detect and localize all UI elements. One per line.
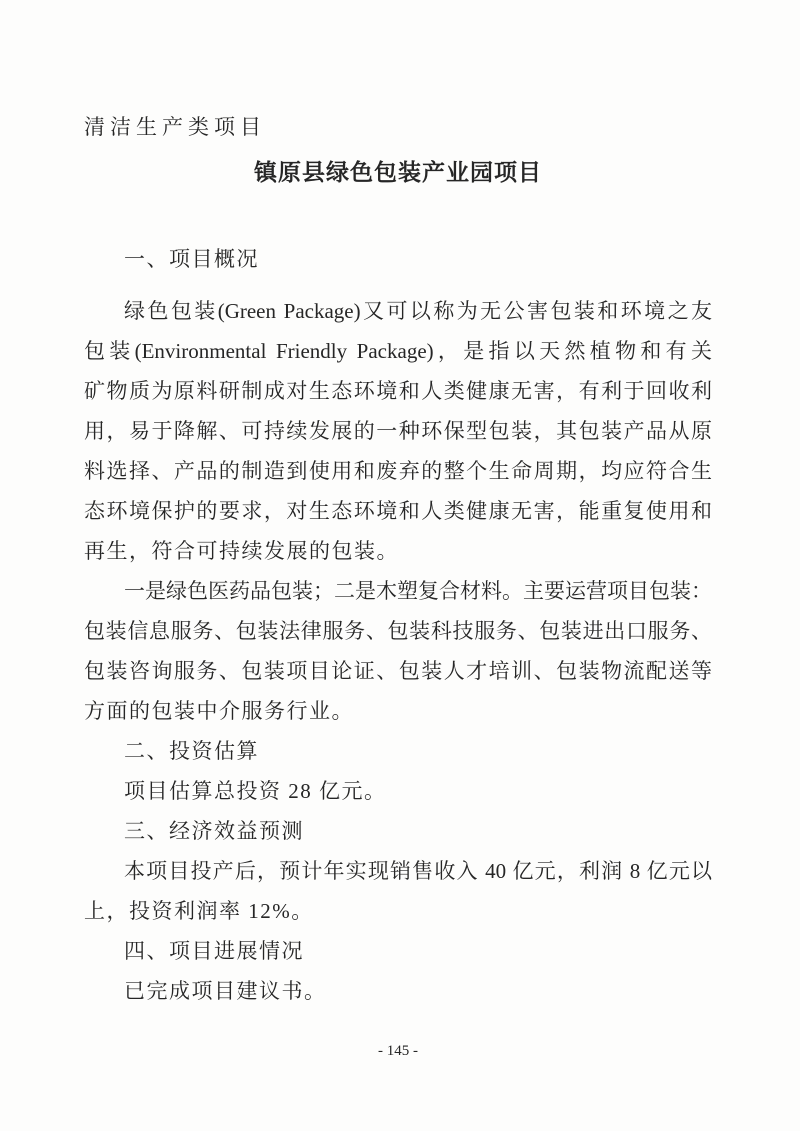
paragraph-line: 已完成项目建议书。 xyxy=(84,971,712,1011)
document-body: 一、项目概况 绿色包装(Green Package)又可以称为无公害包装和环境之… xyxy=(84,239,712,1011)
paragraph-line: 包装信息服务、包装法律服务、包装科技服务、包装进出口服务、 xyxy=(84,611,712,651)
paragraph-line: 本项目投产后，预计年实现销售收入 40 亿元，利润 8 亿元以 xyxy=(84,851,712,891)
paragraph-line: 一是绿色医药品包装；二是木塑复合材料。主要运营项目包装： xyxy=(84,571,712,611)
paragraph-line: 绿色包装(Green Package)又可以称为无公害包装和环境之友 xyxy=(84,291,712,331)
paragraph-line: 包装咨询服务、包装项目论证、包装人才培训、包装物流配送等 xyxy=(84,651,712,691)
category-label: 清洁生产类项目 xyxy=(84,107,712,147)
section-heading-2: 二、投资估算 xyxy=(84,731,712,771)
paragraph-line: 料选择、产品的制造到使用和废弃的整个生命周期，均应符合生 xyxy=(84,451,712,491)
paragraph-line: 项目估算总投资 28 亿元。 xyxy=(84,771,712,811)
paragraph-line: 再生，符合可持续发展的包装。 xyxy=(84,531,712,571)
paragraph-line: 方面的包装中介服务行业。 xyxy=(84,691,712,731)
paragraph-line: 矿物质为原料研制成对生态环境和人类健康无害，有利于回收利 xyxy=(84,371,712,411)
document-page: 清洁生产类项目 镇原县绿色包装产业园项目 一、项目概况 绿色包装(Green P… xyxy=(0,0,800,1131)
section-heading-1: 一、项目概况 xyxy=(84,239,712,279)
paragraph-line: 用，易于降解、可持续发展的一种环保型包装，其包装产品从原 xyxy=(84,411,712,451)
section-heading-4: 四、项目进展情况 xyxy=(84,931,712,971)
page-number: - 145 - xyxy=(84,1042,712,1060)
paragraph-line: 态环境保护的要求，对生态环境和人类健康无害，能重复使用和 xyxy=(84,491,712,531)
section-heading-3: 三、经济效益预测 xyxy=(84,811,712,851)
document-title: 镇原县绿色包装产业园项目 xyxy=(84,153,712,193)
paragraph-line: 上，投资利润率 12%。 xyxy=(84,891,712,931)
paragraph-line: 包装(Environmental Friendly Package)，是指以天然… xyxy=(84,331,712,371)
